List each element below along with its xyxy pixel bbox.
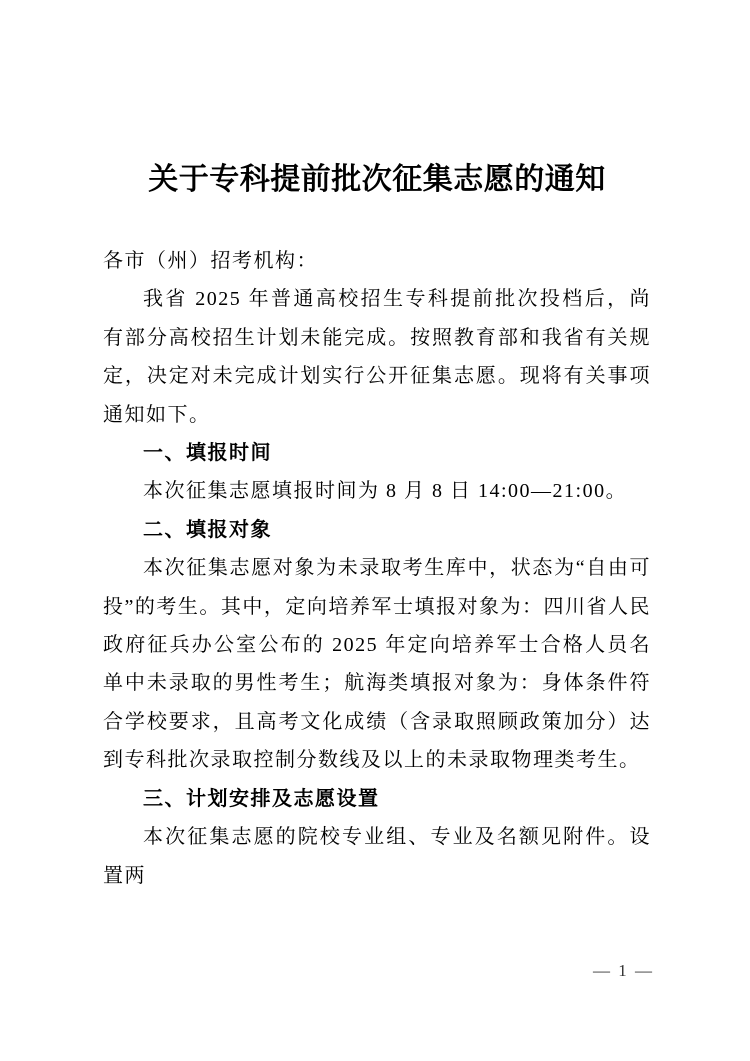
section-3-body: 本次征集志愿的院校专业组、专业及名额见附件。设置两: [103, 818, 651, 895]
section-1-heading: 一、填报时间: [103, 434, 651, 472]
document-title: 关于专科提前批次征集志愿的通知: [103, 163, 651, 197]
document-page: 关于专科提前批次征集志愿的通知 各市（州）招考机构： 我省 2025 年普通高校…: [0, 0, 750, 1061]
section-1-body: 本次征集志愿填报时间为 8 月 8 日 14:00—21:00。: [103, 472, 651, 510]
section-2-body: 本次征集志愿对象为未录取考生库中，状态为“自由可投”的考生。其中，定向培养军士填…: [103, 549, 651, 779]
document-content: 关于专科提前批次征集志愿的通知 各市（州）招考机构： 我省 2025 年普通高校…: [103, 163, 651, 895]
section-2-heading: 二、填报对象: [103, 511, 651, 549]
section-3-heading: 三、计划安排及志愿设置: [103, 780, 651, 818]
intro-paragraph: 我省 2025 年普通高校招生专科提前批次投档后，尚有部分高校招生计划未能完成。…: [103, 280, 651, 434]
salutation: 各市（州）招考机构：: [103, 242, 651, 280]
page-number: — 1 —: [593, 961, 654, 981]
